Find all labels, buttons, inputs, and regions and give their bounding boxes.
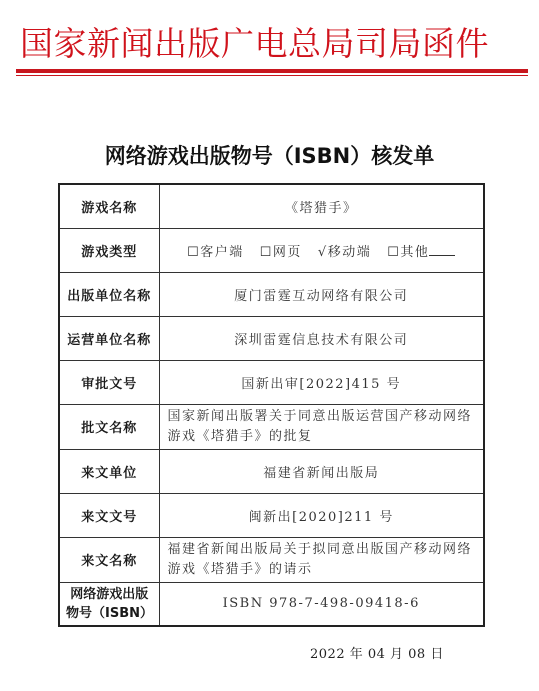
row-value-approval-title: 国家新闻出版署关于同意出版运营国产移动网络游戏《塔猎手》的批复: [159, 404, 484, 449]
row-value-isbn: ISBN 978-7-498-09418-6: [159, 582, 484, 626]
row-value-approval-number: 国新出审[2022]415 号: [159, 360, 484, 404]
row-label-game-name: 游戏名称: [59, 184, 159, 228]
table-row: 游戏名称 《塔猎手》: [59, 184, 484, 228]
table-row: 来文单位 福建省新闻出版局: [59, 449, 484, 493]
game-type-option-client: ☐客户端: [187, 241, 244, 260]
row-value-source-number: 闽新出[2020]211 号: [159, 493, 484, 537]
blank-underline: [429, 254, 455, 256]
row-label-operator: 运营单位名称: [59, 316, 159, 360]
table-row: 出版单位名称 厦门雷霆互动网络有限公司: [59, 272, 484, 316]
checkmark-icon: √: [318, 245, 328, 260]
row-value-publisher: 厦门雷霆互动网络有限公司: [159, 272, 484, 316]
letterhead-rule-thin: [16, 75, 528, 76]
game-type-option-other: ☐其他: [387, 241, 455, 260]
row-label-source-title: 来文名称: [59, 537, 159, 582]
row-value-game-type: ☐客户端 ☐网页 √移动端 ☐其他: [159, 228, 484, 272]
table-row: 网络游戏出版物号（ISBN） ISBN 978-7-498-09418-6: [59, 582, 484, 626]
row-label-isbn: 网络游戏出版物号（ISBN）: [59, 582, 159, 626]
table-row: 批文名称 国家新闻出版署关于同意出版运营国产移动网络游戏《塔猎手》的批复: [59, 404, 484, 449]
game-type-option-web: ☐网页: [260, 241, 302, 260]
table-row: 来文文号 闽新出[2020]211 号: [59, 493, 484, 537]
checkbox-empty-icon: ☐: [260, 245, 273, 260]
row-value-source-title: 福建省新闻出版局关于拟同意出版国产移动网络游戏《塔猎手》的请示: [159, 537, 484, 582]
row-label-approval-number: 审批文号: [59, 360, 159, 404]
row-value-game-name: 《塔猎手》: [159, 184, 484, 228]
row-value-source-unit: 福建省新闻出版局: [159, 449, 484, 493]
row-label-publisher: 出版单位名称: [59, 272, 159, 316]
letterhead-rule-thick: [16, 69, 528, 73]
game-type-option-mobile: √移动端: [318, 241, 371, 260]
checkbox-empty-icon: ☐: [387, 245, 400, 260]
row-label-source-unit: 来文单位: [59, 449, 159, 493]
isbn-form-table: 游戏名称 《塔猎手》 游戏类型 ☐客户端 ☐网页 √移动端 ☐其他 出版单位名称…: [58, 183, 485, 627]
row-value-operator: 深圳雷霆信息技术有限公司: [159, 316, 484, 360]
letterhead-title: 国家新闻出版广电总局司局函件: [20, 22, 530, 66]
row-label-approval-title: 批文名称: [59, 404, 159, 449]
table-row: 来文名称 福建省新闻出版局关于拟同意出版国产移动网络游戏《塔猎手》的请示: [59, 537, 484, 582]
table-row: 运营单位名称 深圳雷霆信息技术有限公司: [59, 316, 484, 360]
row-label-game-type: 游戏类型: [59, 228, 159, 272]
row-label-source-number: 来文文号: [59, 493, 159, 537]
table-row: 审批文号 国新出审[2022]415 号: [59, 360, 484, 404]
table-row: 游戏类型 ☐客户端 ☐网页 √移动端 ☐其他: [59, 228, 484, 272]
issue-date: 2022 年 04 月 08 日: [310, 643, 444, 662]
checkbox-empty-icon: ☐: [187, 245, 200, 260]
document-title: 网络游戏出版物号（ISBN）核发单: [0, 140, 539, 170]
